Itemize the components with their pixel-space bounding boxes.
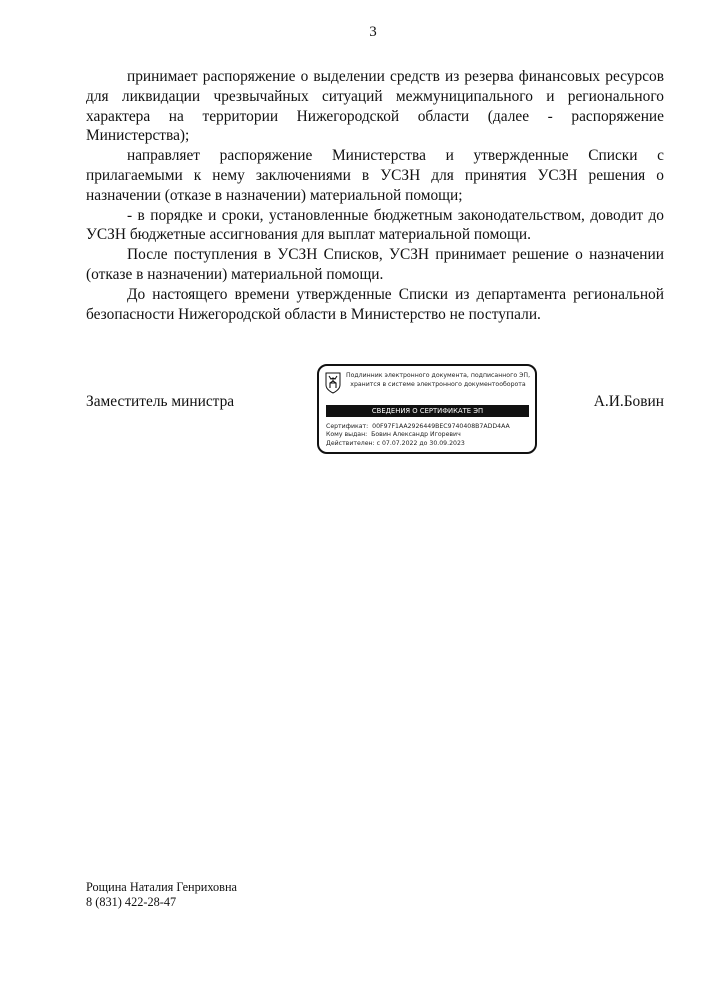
signer-position: Заместитель министра (86, 393, 234, 411)
electronic-signature-stamp: Подлинник электронного документа, подпис… (317, 364, 537, 454)
signer-name: А.И.Бовин (594, 393, 664, 411)
executor-name: Рощина Наталия Генриховна (86, 880, 237, 895)
paragraph: направляет распоряжение Министерства и у… (86, 146, 664, 205)
paragraph: После поступления в УСЗН Списков, УСЗН п… (86, 245, 664, 285)
certificate-details: Сертификат: 00F97F1AA2926449BEC9740408B7… (326, 423, 510, 448)
validity-period: с 07.07.2022 до 30.09.2023 (377, 440, 465, 447)
coat-of-arms-icon (325, 372, 341, 394)
issued-to-name: Бовин Александр Игоревич (371, 431, 461, 438)
stamp-header: Подлинник электронного документа, подпис… (341, 372, 535, 389)
certificate-row: Сертификат: 00F97F1AA2926449BEC9740408B7… (326, 423, 510, 431)
document-body: принимает распоряжение о выделении средс… (86, 67, 664, 324)
certificate-number: 00F97F1AA2926449BEC9740408B7ADD4AA (372, 423, 510, 430)
page-number: 3 (0, 24, 706, 41)
issued-to-row: Кому выдан: Бовин Александр Игоревич (326, 431, 510, 439)
paragraph: - в порядке и сроки, установленные бюдже… (86, 206, 664, 246)
validity-row: Действителен: с 07.07.2022 до 30.09.2023 (326, 440, 510, 448)
paragraph: принимает распоряжение о выделении средс… (86, 67, 664, 146)
executor-info: Рощина Наталия Генриховна 8 (831) 422-28… (86, 880, 237, 910)
paragraph: До настоящего времени утвержденные Списк… (86, 285, 664, 325)
stamp-title-bar: СВЕДЕНИЯ О СЕРТИФИКАТЕ ЭП (326, 405, 529, 417)
executor-phone: 8 (831) 422-28-47 (86, 895, 237, 910)
